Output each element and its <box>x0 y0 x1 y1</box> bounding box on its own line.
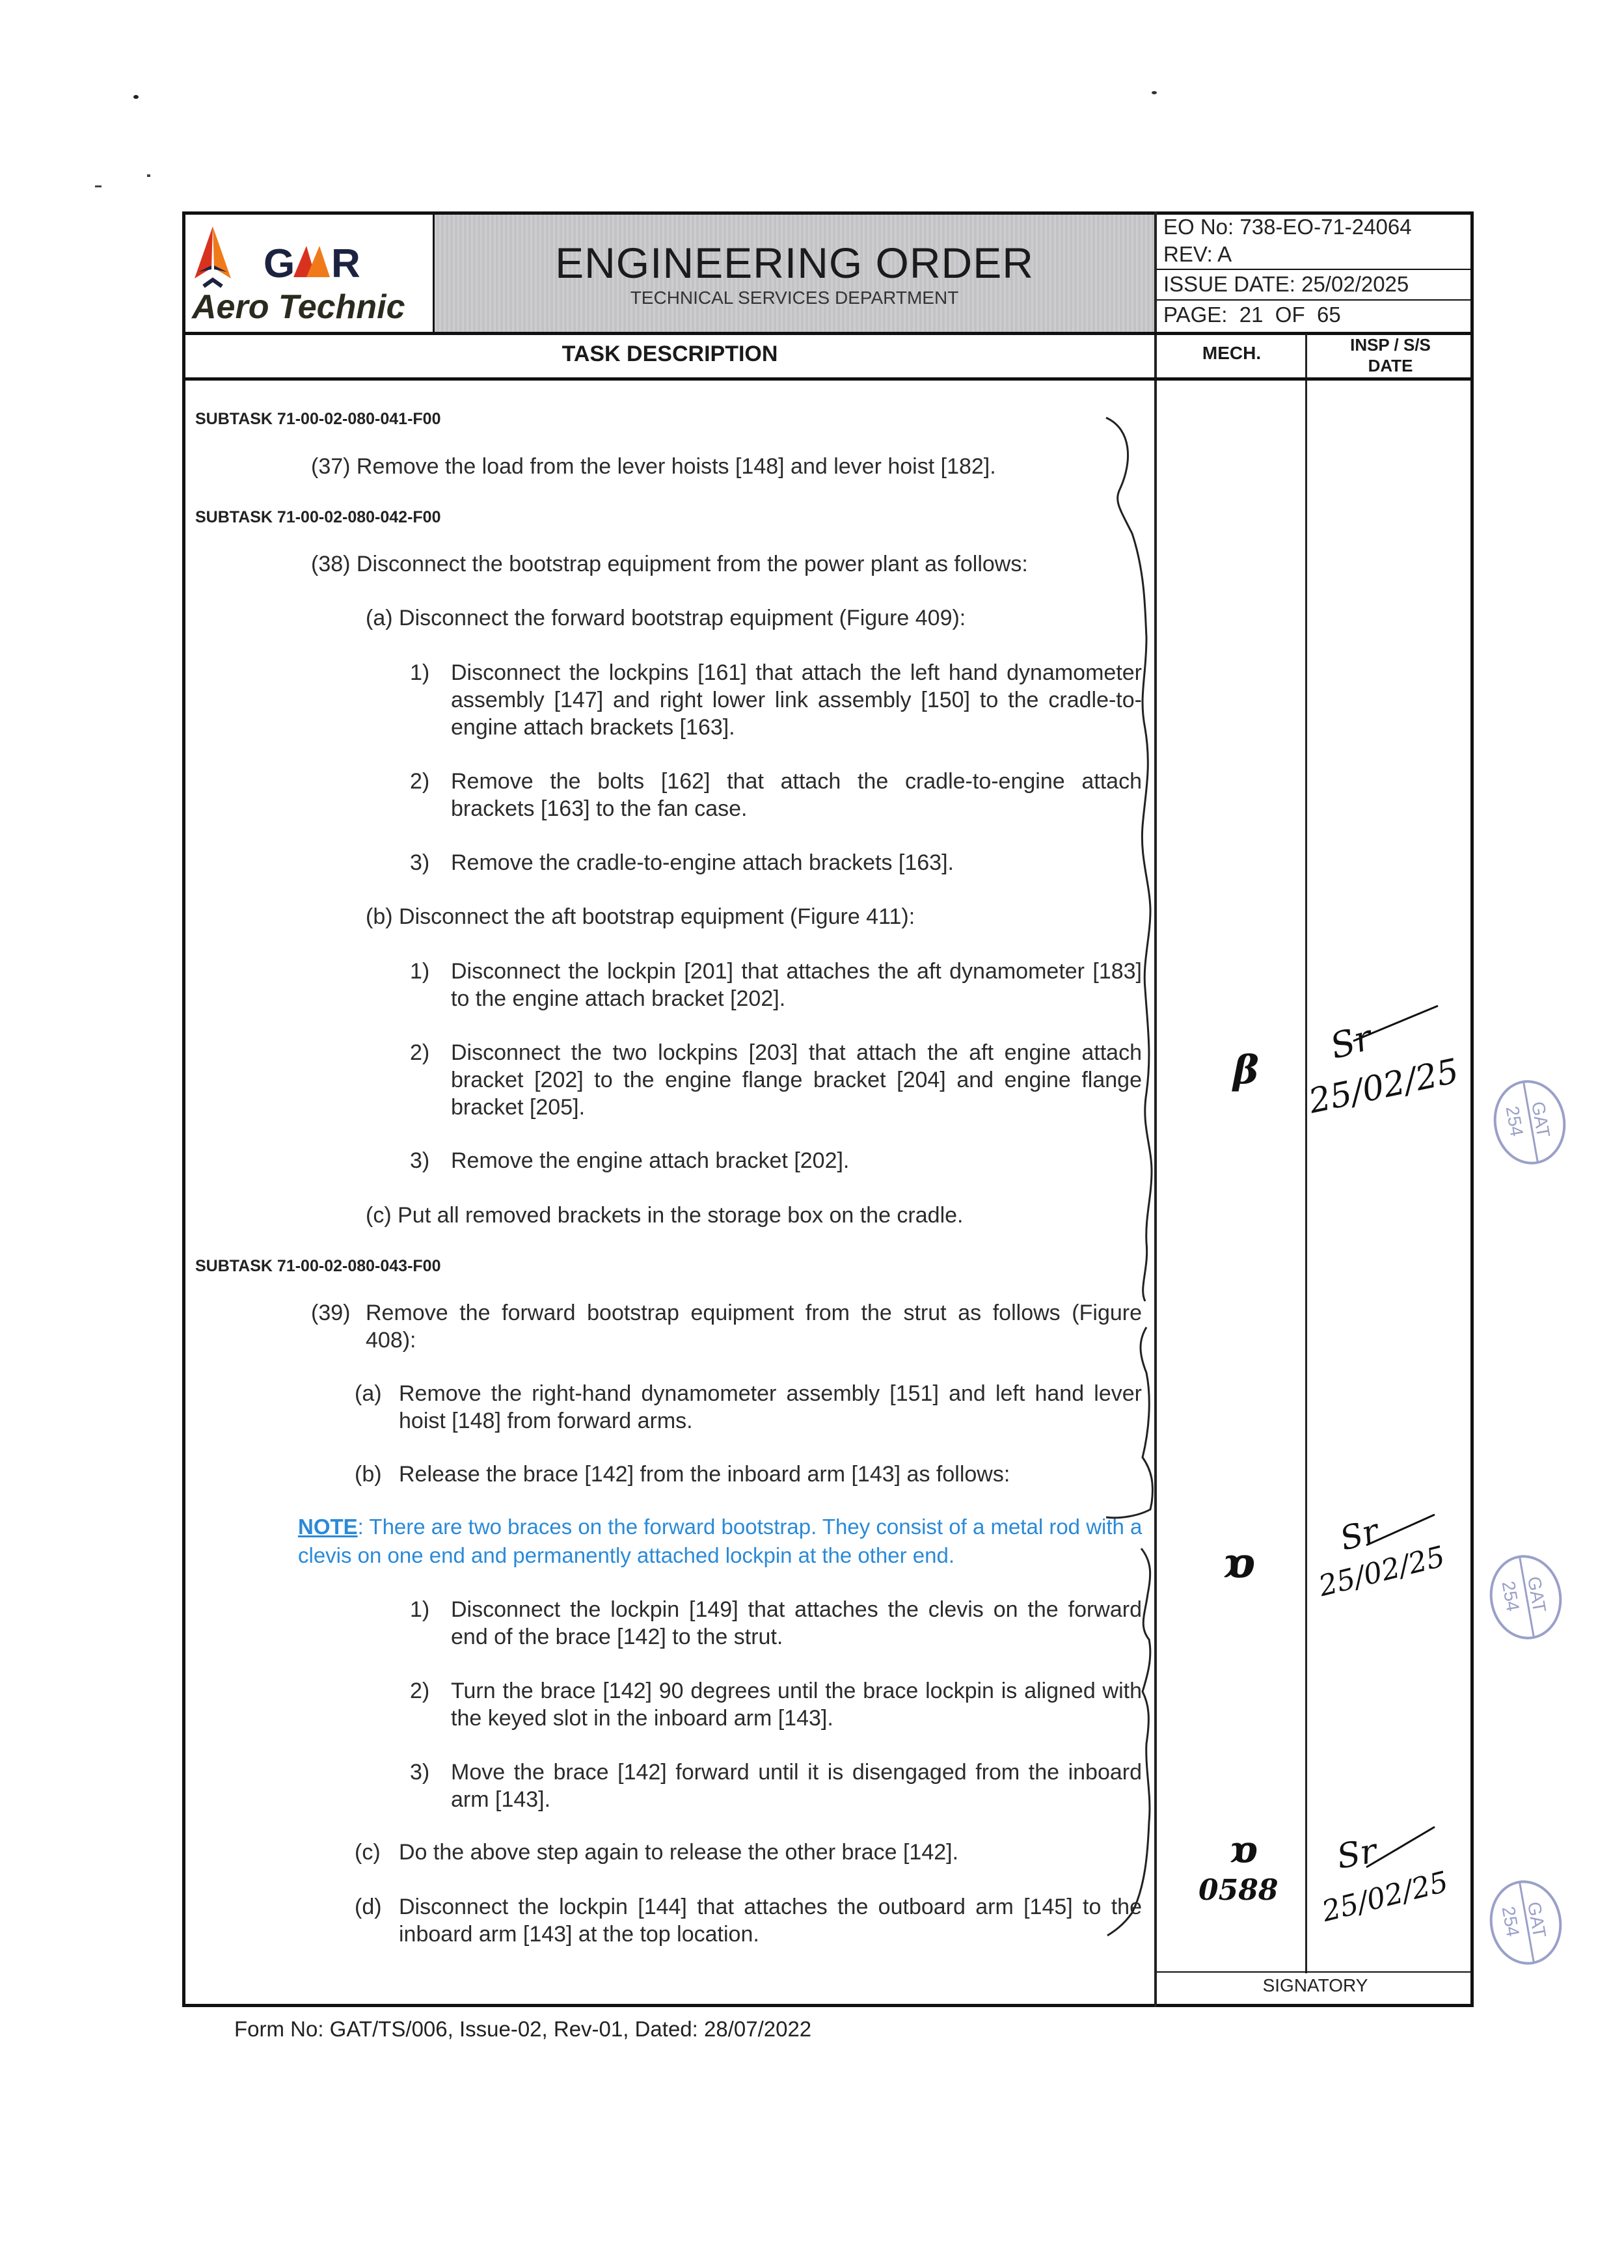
step-38b-2: 2) Disconnect the two lockpins [203] tha… <box>410 1039 1142 1121</box>
scan-speck <box>133 95 139 99</box>
step-38c: (c) Put all removed brackets in the stor… <box>366 1202 1146 1229</box>
inspector-stamp: GAT 254 <box>1483 1549 1569 1645</box>
step-number: (c) <box>366 1203 392 1228</box>
step-number: (a) <box>366 606 393 630</box>
department-name: TECHNICAL SERVICES DEPARTMENT <box>435 288 1154 308</box>
step-38: (38) Disconnect the bootstrap equipment … <box>311 550 1144 578</box>
signature-stroke-icon <box>1360 1822 1438 1874</box>
step-number: (a) <box>355 1380 382 1407</box>
logo-subtitle: Aero Technic <box>192 288 405 327</box>
note-block: NOTE: There are two braces on the forwar… <box>298 1513 1144 1570</box>
eo-number: EO No: 738-EO-71-24064 <box>1158 215 1412 239</box>
scan-speck <box>1152 91 1157 94</box>
step-number: 1) <box>410 958 429 985</box>
step-text: Disconnect the lockpin [201] that attach… <box>451 958 1142 1012</box>
handwritten-bracket-icon <box>1100 403 1171 1978</box>
step-number: (39) <box>311 1299 350 1327</box>
step-39a: (a) Remove the right-hand dynamometer as… <box>355 1380 1142 1435</box>
subtask-heading: SUBTASK 71-00-02-080-043-F00 <box>195 1257 440 1276</box>
mech-signature: ɒ <box>1230 1828 1258 1871</box>
step-number: 2) <box>410 768 429 795</box>
step-number: (37) <box>311 454 350 479</box>
note-label: NOTE <box>298 1515 358 1539</box>
step-text: Disconnect the lockpins [161] that attac… <box>451 659 1142 741</box>
step-text: Remove the load from the lever hoists [1… <box>357 454 996 479</box>
step-number: (38) <box>311 552 350 576</box>
mech-header: MECH. <box>1157 343 1306 364</box>
step-39d: (d) Disconnect the lockpin [144] that at… <box>355 1893 1142 1948</box>
step-39b: (b) Release the brace [142] from the inb… <box>355 1461 1142 1488</box>
step-text: Disconnect the forward bootstrap equipme… <box>399 606 966 630</box>
step-number: 2) <box>410 1039 429 1066</box>
step-number: 3) <box>410 1147 429 1174</box>
step-text: Move the brace [142] forward until it is… <box>451 1759 1142 1813</box>
step-number: (b) <box>355 1461 382 1488</box>
step-39c: (c) Do the above step again to release t… <box>355 1839 1142 1866</box>
title-banner: ENGINEERING ORDER TECHNICAL SERVICES DEP… <box>435 215 1154 332</box>
mech-signature: β <box>1233 1047 1259 1093</box>
step-38b: (b) Disconnect the aft bootstrap equipme… <box>366 903 1146 930</box>
step-text: Disconnect the bootstrap equipment from … <box>357 552 1028 576</box>
signature-stroke-icon <box>1353 1509 1438 1555</box>
stamp-text-bottom: 254 <box>1502 1105 1528 1139</box>
step-number: 1) <box>410 1596 429 1623</box>
note-text: : There are two braces on the forward bo… <box>298 1515 1142 1567</box>
form-number: Form No: GAT/TS/006, Issue-02, Rev-01, D… <box>234 2017 811 2042</box>
step-39b-1: 1) Disconnect the lockpin [149] that att… <box>410 1596 1142 1651</box>
step-text: Disconnect the aft bootstrap equipment (… <box>399 904 915 929</box>
inspector-stamp: GAT 254 <box>1483 1874 1569 1970</box>
stamp-text-bottom: 254 <box>1498 1905 1524 1939</box>
mech-signature: ɒ <box>1223 1539 1255 1587</box>
step-38a-1: 1) Disconnect the lockpins [161] that at… <box>410 659 1142 741</box>
stamp-text-bottom: 254 <box>1498 1580 1524 1613</box>
step-39b-2: 2) Turn the brace [142] 90 degrees until… <box>410 1677 1142 1732</box>
step-text: Put all removed brackets in the storage … <box>398 1203 963 1228</box>
step-text: Do the above step again to release the o… <box>399 1839 1142 1866</box>
step-text: Turn the brace [142] 90 degrees until th… <box>451 1677 1142 1732</box>
company-logo: G R Aero Technic <box>185 215 433 332</box>
step-number: (c) <box>355 1839 381 1866</box>
step-38b-3: 3) Remove the engine attach bracket [202… <box>410 1147 1142 1174</box>
mech-id: 0588 <box>1198 1874 1278 1907</box>
signature-stroke-icon <box>1327 1002 1444 1054</box>
scan-speck <box>95 185 101 187</box>
subtask-heading: SUBTASK 71-00-02-080-041-F00 <box>195 410 440 429</box>
page-number: PAGE: 21 OF 65 <box>1158 303 1341 327</box>
step-number: (d) <box>355 1893 382 1921</box>
step-text: Disconnect the lockpin [144] that attach… <box>399 1893 1142 1948</box>
step-number: 1) <box>410 659 429 686</box>
step-38b-1: 1) Disconnect the lockpin [201] that att… <box>410 958 1142 1012</box>
step-text: Remove the forward bootstrap equipment f… <box>366 1299 1142 1354</box>
revision: REV: A <box>1158 242 1232 267</box>
step-text: Disconnect the lockpin [149] that attach… <box>451 1596 1142 1651</box>
svg-text:R: R <box>331 241 360 286</box>
inspector-stamp: GAT 254 <box>1487 1074 1573 1170</box>
issue-date: ISSUE DATE: 25/02/2025 <box>1158 272 1409 297</box>
step-38a-3: 3) Remove the cradle-to-engine attach br… <box>410 849 1142 876</box>
step-text: Disconnect the two lockpins [203] that a… <box>451 1039 1142 1121</box>
step-number: 3) <box>410 1759 429 1786</box>
step-38a-2: 2) Remove the bolts [162] that attach th… <box>410 768 1142 822</box>
document-title: ENGINEERING ORDER <box>435 238 1154 288</box>
step-number: 2) <box>410 1677 429 1705</box>
step-text: Remove the engine attach bracket [202]. <box>451 1147 1142 1174</box>
step-39b-3: 3) Move the brace [142] forward until it… <box>410 1759 1142 1813</box>
step-38a: (a) Disconnect the forward bootstrap equ… <box>366 604 1146 632</box>
step-37: (37) Remove the load from the lever hois… <box>311 453 1144 480</box>
step-text: Remove the right-hand dynamometer assemb… <box>399 1380 1142 1435</box>
step-39: (39) Remove the forward bootstrap equipm… <box>311 1299 1142 1354</box>
task-description-header: TASK DESCRIPTION <box>185 342 1154 367</box>
step-number: (b) <box>366 904 393 929</box>
step-text: Remove the bolts [162] that attach the c… <box>451 768 1142 822</box>
insp-header-line1: INSP / S/S <box>1307 335 1474 355</box>
scan-speck <box>147 174 150 177</box>
step-number: 3) <box>410 849 429 876</box>
svg-text:G: G <box>264 241 295 286</box>
step-text: Remove the cradle-to-engine attach brack… <box>451 849 1142 876</box>
insp-header-line2: DATE <box>1307 356 1474 376</box>
signatory-label: SIGNATORY <box>1157 1975 1474 1996</box>
subtask-heading: SUBTASK 71-00-02-080-042-F00 <box>195 508 440 527</box>
step-text: Release the brace [142] from the inboard… <box>399 1461 1142 1488</box>
